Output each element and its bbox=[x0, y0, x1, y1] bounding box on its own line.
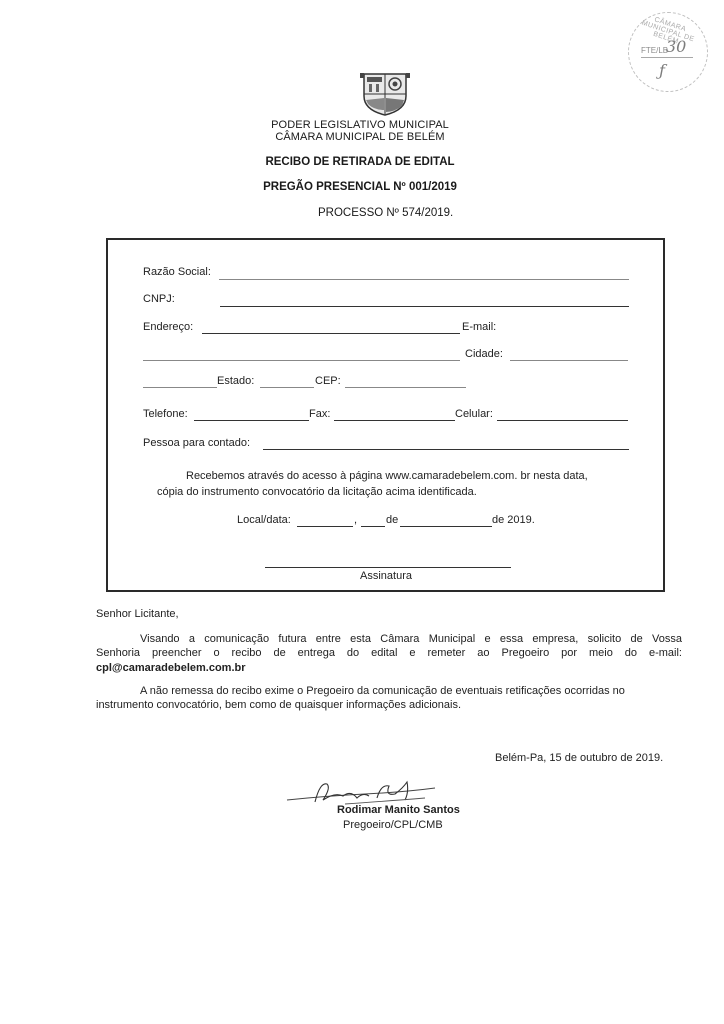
celular-label: Celular: bbox=[455, 408, 493, 420]
stamp-date-label: FTE/LB bbox=[641, 46, 668, 55]
de-label-1: de bbox=[386, 514, 398, 526]
pessoa-contato-label: Pessoa para contado: bbox=[143, 437, 250, 449]
document-title: RECIBO DE RETIRADA DE EDITAL bbox=[220, 156, 500, 168]
salutation: Senhor Licitante, bbox=[96, 607, 179, 621]
cnpj-field[interactable] bbox=[220, 306, 629, 307]
paragraph-1-line-2: Senhoria preencher o recibo de entrega d… bbox=[96, 646, 682, 660]
receipt-form bbox=[106, 238, 665, 592]
cep-field[interactable] bbox=[345, 387, 466, 388]
endereco-label: Endereço: bbox=[143, 321, 193, 333]
day-field[interactable] bbox=[361, 526, 385, 527]
email-label: E-mail: bbox=[462, 321, 496, 333]
month-field[interactable] bbox=[400, 526, 492, 527]
signer-role: Pregoeiro/CPL/CMB bbox=[343, 818, 443, 832]
cidade-field[interactable] bbox=[510, 360, 628, 361]
estado-field[interactable] bbox=[260, 387, 314, 388]
local-data-separator: , bbox=[354, 514, 357, 526]
local-field[interactable] bbox=[297, 526, 353, 527]
protocol-stamp: CÂMARA MUNICIPAL DE BELÉM FTE/LB 30 ƒ bbox=[628, 12, 708, 92]
paragraph-1-line-1: Visando a comunicação futura entre esta … bbox=[140, 632, 682, 646]
paragraph-2-line-2: instrumento convocatório, bem como de qu… bbox=[96, 698, 461, 712]
coat-of-arms-icon bbox=[360, 70, 410, 116]
receipt-statement-line2: cópia do instrumento convocatório da lic… bbox=[157, 486, 477, 498]
stamp-number: 30 bbox=[666, 37, 686, 56]
signer-name: Rodimar Manito Santos bbox=[337, 803, 460, 817]
razao-social-field[interactable] bbox=[219, 279, 629, 280]
estado-prefix-field[interactable] bbox=[143, 387, 217, 388]
cep-label: CEP: bbox=[315, 375, 341, 387]
stamp-initials: ƒ bbox=[659, 61, 665, 80]
header-legislative: PODER LEGISLATIVO MUNICIPAL bbox=[250, 119, 470, 131]
assinatura-field[interactable] bbox=[265, 567, 511, 568]
razao-social-label: Razão Social: bbox=[143, 266, 211, 278]
pregao-number: PREGÃO PRESENCIAL Nº 001/2019 bbox=[220, 181, 500, 193]
pessoa-contato-field[interactable] bbox=[263, 449, 629, 450]
receipt-statement-line1: Recebemos através do acesso à página www… bbox=[186, 470, 588, 482]
celular-field[interactable] bbox=[497, 420, 628, 421]
telefone-field[interactable] bbox=[194, 420, 309, 421]
estado-label: Estado: bbox=[217, 375, 254, 387]
paragraph-2-line-1: A não remessa do recibo exime o Pregoeir… bbox=[140, 684, 685, 698]
year-label: de 2019. bbox=[492, 514, 535, 526]
endereco-continuation-field[interactable] bbox=[143, 360, 460, 361]
cnpj-label: CNPJ: bbox=[143, 293, 175, 305]
cidade-label: Cidade: bbox=[465, 348, 503, 360]
fax-label: Fax: bbox=[309, 408, 330, 420]
assinatura-label: Assinatura bbox=[360, 570, 412, 582]
endereco-field[interactable] bbox=[202, 333, 460, 334]
stamp-line bbox=[641, 57, 693, 58]
header-chamber: CÂMARA MUNICIPAL DE BELÉM bbox=[250, 131, 470, 143]
processo-number: PROCESSO Nº 574/2019. bbox=[318, 207, 453, 219]
fax-field[interactable] bbox=[334, 420, 455, 421]
contact-email-link[interactable]: cpl@camaradebelem.com.br bbox=[96, 661, 246, 675]
date-place: Belém-Pa, 15 de outubro de 2019. bbox=[495, 751, 663, 765]
local-data-label: Local/data: bbox=[237, 514, 291, 526]
telefone-label: Telefone: bbox=[143, 408, 188, 420]
